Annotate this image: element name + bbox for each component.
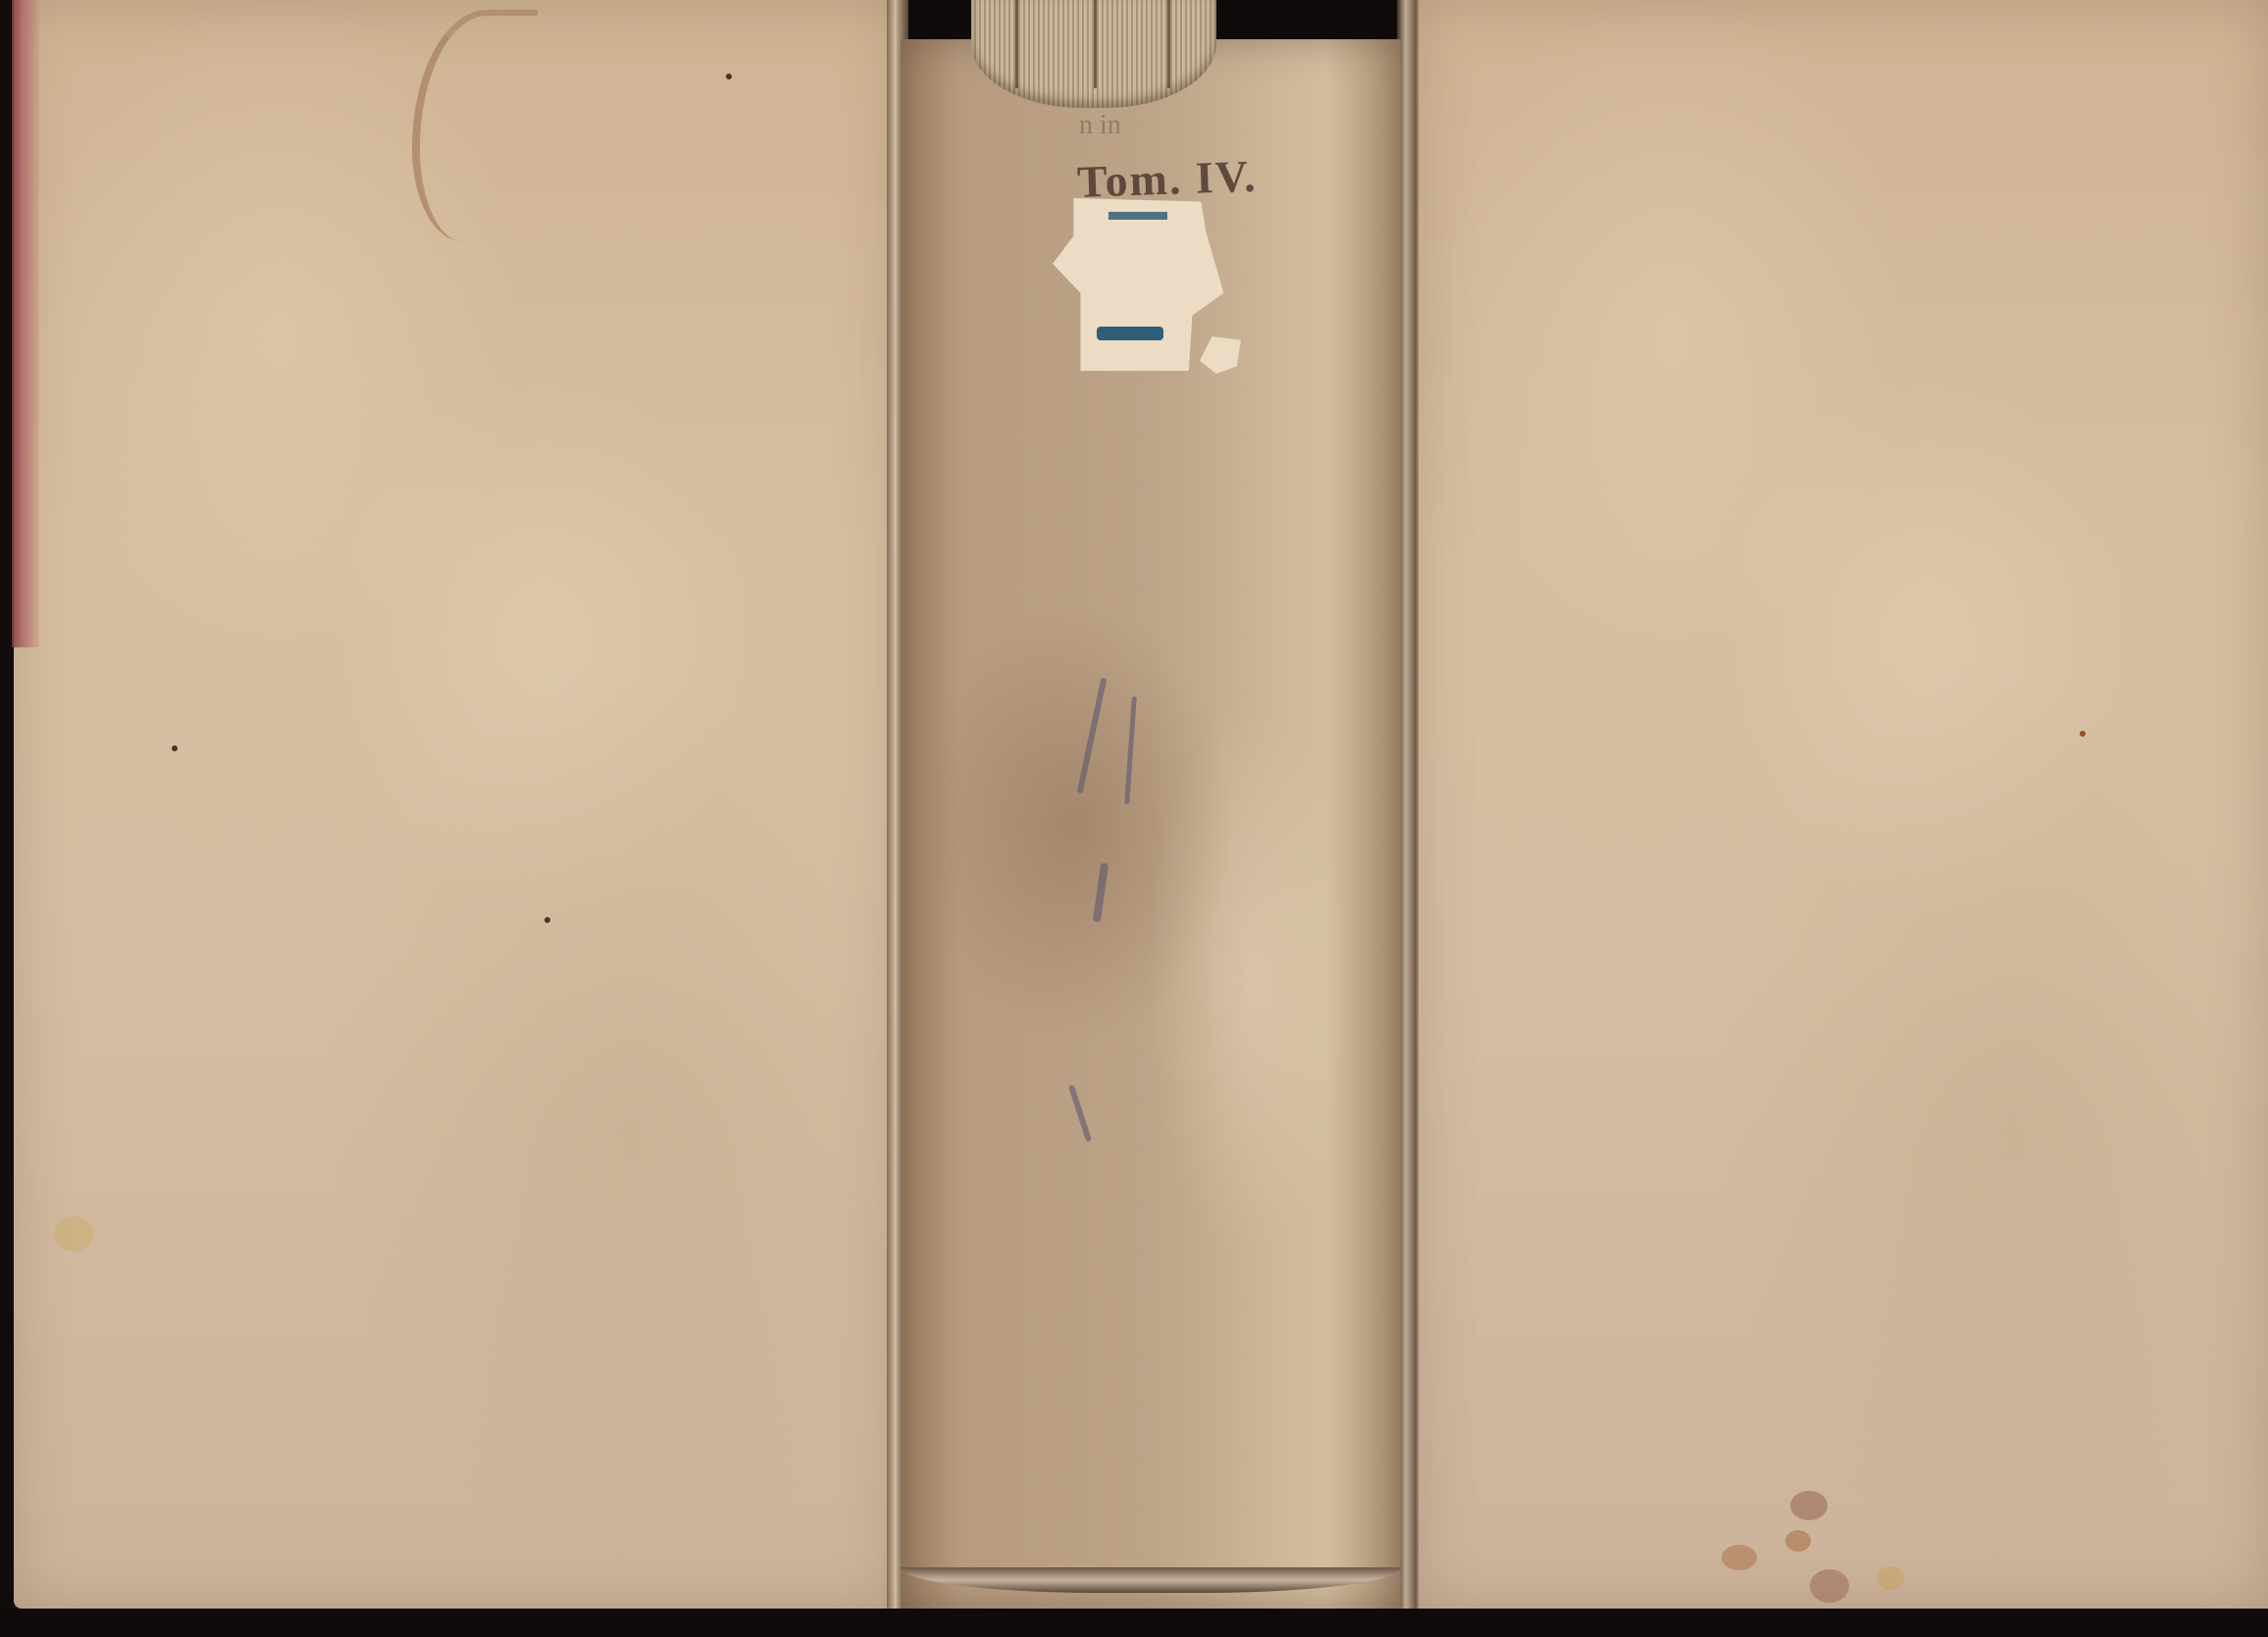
foxing-stain bbox=[1785, 1530, 1811, 1552]
foxing-stain bbox=[1810, 1569, 1849, 1603]
headband-divider bbox=[1015, 0, 1018, 88]
foxing-stain bbox=[54, 1216, 93, 1252]
speck bbox=[2080, 731, 2086, 737]
headband-divider bbox=[1167, 0, 1170, 88]
spine-title-partial: n in bbox=[1079, 110, 1197, 139]
foxing-stain bbox=[1790, 1491, 1828, 1520]
back-board bbox=[14, 0, 897, 1609]
spine-title: Tom. IV. bbox=[1076, 148, 1304, 208]
label-ornament-top bbox=[1108, 212, 1167, 220]
speck bbox=[172, 745, 178, 751]
background-bottom bbox=[0, 1609, 2268, 1637]
speck bbox=[544, 917, 550, 923]
label-ornament-bottom bbox=[1097, 327, 1163, 340]
speck bbox=[726, 74, 732, 79]
red-page-edge bbox=[12, 0, 39, 647]
foxing-stain bbox=[1722, 1545, 1757, 1570]
book-binding-photo: n in Tom. IV. bbox=[0, 0, 2268, 1637]
front-board bbox=[1417, 0, 2268, 1609]
headband-divider bbox=[1094, 0, 1097, 88]
foxing-stain bbox=[1877, 1566, 1904, 1590]
